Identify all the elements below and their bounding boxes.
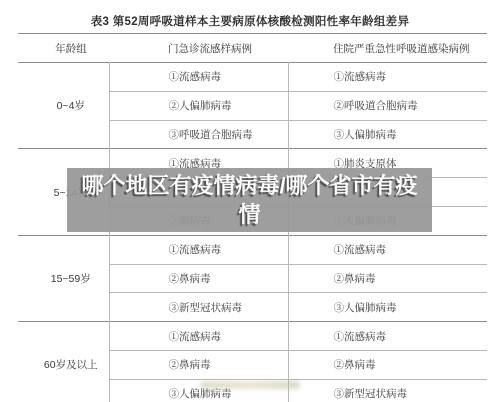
- age-cell: 60岁及以上: [18, 322, 109, 402]
- pathogen-cell: ③新型冠状病毒: [288, 379, 487, 402]
- blurred-watermark-smudge: [200, 381, 300, 389]
- table-row: 15~59岁 ①流感病毒 ①流感病毒: [18, 235, 487, 264]
- pathogen-cell: ③人偏肺病毒: [288, 293, 487, 322]
- age-group-0-4: 0~4岁 ①流感病毒 ①流感病毒 ②人偏肺病毒 ②呼吸道合胞病毒 ③呼吸道合胞病…: [18, 63, 487, 149]
- age-group-header: 年龄组: [18, 34, 109, 63]
- pathogen-cell: ①流感病毒: [109, 235, 288, 264]
- pathogen-cell: ①流感病毒: [288, 322, 487, 351]
- inpatient-column-header: 住院严重急性呼吸道感染病例: [288, 34, 487, 63]
- pathogen-cell: ①流感病毒: [109, 322, 288, 351]
- pathogen-cell: ②鼻病毒: [288, 264, 487, 293]
- pathogen-cell: ②鼻病毒: [288, 350, 487, 379]
- pathogen-cell: ②人偏肺病毒: [109, 91, 288, 120]
- watermark-text-line2: 情: [238, 200, 260, 229]
- pathogen-cell: ①流感病毒: [109, 63, 288, 92]
- report-table-page: 表3 第52周呼吸道样本主要病原体核酸检测阳性率年龄组差异 年龄组 门急诊流感样…: [0, 0, 500, 402]
- age-cell: 0~4岁: [18, 63, 109, 149]
- pathogen-cell: ③新型冠状病毒: [109, 293, 288, 322]
- age-cell: 15~59岁: [18, 235, 109, 321]
- pathogen-cell: ③人偏肺病毒: [288, 120, 487, 149]
- outpatient-column-header: 门急诊流感样病例: [109, 34, 288, 63]
- pathogen-cell: ②鼻病毒: [109, 264, 288, 293]
- pathogen-cell: ②鼻病毒: [109, 350, 288, 379]
- table-title: 表3 第52周呼吸道样本主要病原体核酸检测阳性率年龄组差异: [0, 13, 500, 29]
- table-row: 60岁及以上 ①流感病毒 ①流感病毒: [18, 322, 487, 351]
- table-row: 0~4岁 ①流感病毒 ①流感病毒: [18, 63, 487, 92]
- watermark-text-line1: 哪个地区有疫情病毒/哪个省市有疫: [81, 171, 417, 200]
- pathogen-cell: ③呼吸道合胞病毒: [109, 120, 288, 149]
- pathogen-cell: ①流感病毒: [288, 63, 487, 92]
- watermark-overlay: 哪个地区有疫情病毒/哪个省市有疫 情: [67, 168, 432, 232]
- age-group-60-plus: 60岁及以上 ①流感病毒 ①流感病毒 ②鼻病毒 ②鼻病毒 ③人偏肺病毒 ③新型冠…: [18, 322, 487, 402]
- pathogen-cell: ①流感病毒: [288, 235, 487, 264]
- pathogen-cell: ②呼吸道合胞病毒: [288, 91, 487, 120]
- age-group-15-59: 15~59岁 ①流感病毒 ①流感病毒 ②鼻病毒 ②鼻病毒 ③新型冠状病毒 ③人偏…: [18, 235, 487, 321]
